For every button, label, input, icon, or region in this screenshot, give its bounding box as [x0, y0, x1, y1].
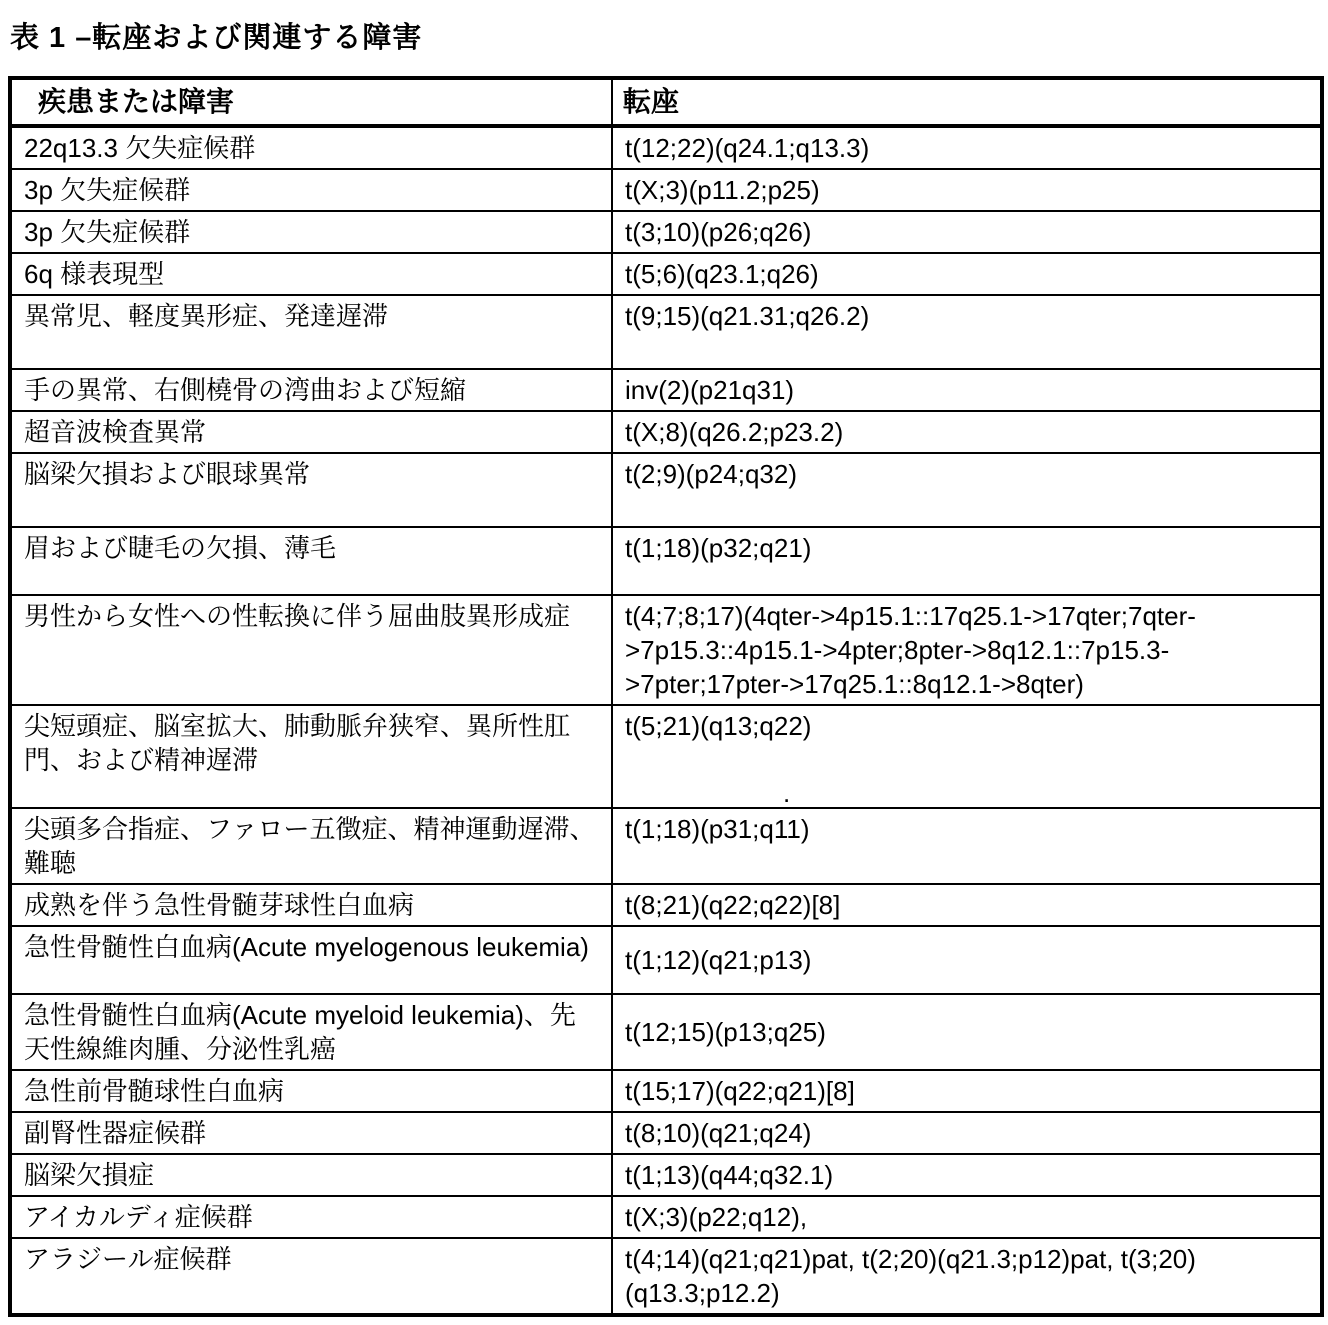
translocation-text: t(X;3)(p11.2;p25) [625, 175, 820, 205]
disease-cell: 超音波検査異常 [10, 411, 612, 453]
translocation-cell: t(4;7;8;17)(4qter->4p15.1::17q25.1->17qt… [612, 595, 1322, 705]
translocation-cell: t(8;10)(q21;q24) [612, 1112, 1322, 1154]
disease-cell: 3p 欠失症候群 [10, 169, 612, 211]
table-row: 6q 様表現型t(5;6)(q23.1;q26) [10, 253, 1322, 295]
translocation-table: 疾患または障害 転座 22q13.3 欠失症候群t(12;22)(q24.1;q… [8, 76, 1324, 1317]
table-row: 超音波検査異常t(X;8)(q26.2;p23.2) [10, 411, 1322, 453]
table-row: 3p 欠失症候群t(X;3)(p11.2;p25) [10, 169, 1322, 211]
translocation-cell: t(12;22)(q24.1;q13.3) [612, 126, 1322, 169]
disease-cell: 脳梁欠損および眼球異常 [10, 453, 612, 527]
translocation-text: t(1;18)(p32;q21) [625, 533, 811, 563]
table-title: 表 1 –転座および関連する障害 [10, 15, 1322, 56]
translocation-cell: t(5;21)(q13;q22). [612, 705, 1322, 808]
disease-cell: 副腎性器症候群 [10, 1112, 612, 1154]
disease-cell: 手の異常、右側橈骨の湾曲および短縮 [10, 369, 612, 411]
table-row: 脳梁欠損症t(1;13)(q44;q32.1) [10, 1154, 1322, 1196]
table-row: 急性骨髄性白血病(Acute myeloid leukemia)、先天性線維肉腫… [10, 994, 1322, 1070]
translocation-text: t(1;12)(q21;p13) [625, 945, 811, 975]
disease-cell: 異常児、軽度異形症、発達遅滞 [10, 295, 612, 369]
translocation-cell: t(5;6)(q23.1;q26) [612, 253, 1322, 295]
translocation-cell: t(X;8)(q26.2;p23.2) [612, 411, 1322, 453]
column-header-translocation: 転座 [612, 78, 1322, 126]
translocation-cell: t(15;17)(q22;q21)[8] [612, 1070, 1322, 1112]
translocation-cell: t(X;3)(p22;q12), [612, 1196, 1322, 1238]
translocation-text: t(1;13)(q44;q32.1) [625, 1160, 833, 1190]
column-header-disease: 疾患または障害 [10, 78, 612, 126]
table-row: 尖頭多合指症、ファロー五徴症、精神運動遅滞、難聴t(1;18)(p31;q11) [10, 808, 1322, 884]
disease-cell: アラジール症候群 [10, 1238, 612, 1315]
translocation-cell: t(1;18)(p32;q21) [612, 527, 1322, 595]
translocation-text: t(2;9)(p24;q32) [625, 459, 797, 489]
translocation-text: t(12;15)(p13;q25) [625, 1017, 826, 1047]
disease-cell: 急性骨髄性白血病(Acute myeloid leukemia)、先天性線維肉腫… [10, 994, 612, 1070]
table-body: 22q13.3 欠失症候群t(12;22)(q24.1;q13.3)3p 欠失症… [10, 126, 1322, 1315]
table-row: アラジール症候群t(4;14)(q21;q21)pat, t(2;20)(q21… [10, 1238, 1322, 1315]
translocation-cell: inv(2)(p21q31) [612, 369, 1322, 411]
translocation-text: t(8;10)(q21;q24) [625, 1118, 811, 1148]
translocation-text: t(4;7;8;17)(4qter->4p15.1::17q25.1->17qt… [625, 601, 1196, 699]
translocation-text: t(15;17)(q22;q21)[8] [625, 1076, 855, 1106]
translocation-text: t(3;10)(p26;q26) [625, 217, 811, 247]
disease-cell: 6q 様表現型 [10, 253, 612, 295]
translocation-text: t(5;6)(q23.1;q26) [625, 259, 819, 289]
translocation-text: t(X;3)(p22;q12), [625, 1202, 807, 1232]
disease-cell: 急性前骨髄球性白血病 [10, 1070, 612, 1112]
translocation-cell: t(X;3)(p11.2;p25) [612, 169, 1322, 211]
stray-dot-mark: . [783, 780, 790, 806]
disease-cell: アイカルディ症候群 [10, 1196, 612, 1238]
disease-cell: 男性から女性への性転換に伴う屈曲肢異形成症 [10, 595, 612, 705]
table-row: 急性骨髄性白血病(Acute myelogenous leukemia)t(1;… [10, 926, 1322, 994]
translocation-text: inv(2)(p21q31) [625, 375, 794, 405]
disease-cell: 3p 欠失症候群 [10, 211, 612, 253]
translocation-cell: t(9;15)(q21.31;q26.2) [612, 295, 1322, 369]
table-row: アイカルディ症候群t(X;3)(p22;q12), [10, 1196, 1322, 1238]
disease-cell: 成熟を伴う急性骨髄芽球性白血病 [10, 884, 612, 926]
disease-cell: 脳梁欠損症 [10, 1154, 612, 1196]
table-row: 副腎性器症候群t(8;10)(q21;q24) [10, 1112, 1322, 1154]
table-row: 22q13.3 欠失症候群t(12;22)(q24.1;q13.3) [10, 126, 1322, 169]
table-row: 手の異常、右側橈骨の湾曲および短縮inv(2)(p21q31) [10, 369, 1322, 411]
translocation-text: t(12;22)(q24.1;q13.3) [625, 133, 869, 163]
header-row: 疾患または障害 転座 [10, 78, 1322, 126]
translocation-text: t(5;21)(q13;q22) [625, 711, 811, 741]
translocation-cell: t(4;14)(q21;q21)pat, t(2;20)(q21.3;p12)p… [612, 1238, 1322, 1315]
document-page: 表 1 –転座および関連する障害 疾患または障害 転座 22q13.3 欠失症候… [0, 15, 1328, 1317]
translocation-text: t(9;15)(q21.31;q26.2) [625, 301, 869, 331]
table-row: 男性から女性への性転換に伴う屈曲肢異形成症t(4;7;8;17)(4qter->… [10, 595, 1322, 705]
translocation-cell: t(12;15)(p13;q25) [612, 994, 1322, 1070]
translocation-cell: t(1;13)(q44;q32.1) [612, 1154, 1322, 1196]
translocation-cell: t(8;21)(q22;q22)[8] [612, 884, 1322, 926]
translocation-text: t(1;18)(p31;q11) [625, 814, 810, 844]
translocation-cell: t(3;10)(p26;q26) [612, 211, 1322, 253]
table-row: 急性前骨髄球性白血病t(15;17)(q22;q21)[8] [10, 1070, 1322, 1112]
disease-cell: 尖頭多合指症、ファロー五徴症、精神運動遅滞、難聴 [10, 808, 612, 884]
table-row: 3p 欠失症候群t(3;10)(p26;q26) [10, 211, 1322, 253]
disease-cell: 尖短頭症、脳室拡大、肺動脈弁狭窄、異所性肛門、および精神遅滞 [10, 705, 612, 808]
table-row: 脳梁欠損および眼球異常t(2;9)(p24;q32) [10, 453, 1322, 527]
translocation-cell: t(1;18)(p31;q11) [612, 808, 1322, 884]
translocation-cell: t(1;12)(q21;p13) [612, 926, 1322, 994]
disease-cell: 22q13.3 欠失症候群 [10, 126, 612, 169]
table-row: 異常児、軽度異形症、発達遅滞t(9;15)(q21.31;q26.2) [10, 295, 1322, 369]
translocation-text: t(4;14)(q21;q21)pat, t(2;20)(q21.3;p12)p… [625, 1244, 1196, 1308]
table-row: 成熟を伴う急性骨髄芽球性白血病t(8;21)(q22;q22)[8] [10, 884, 1322, 926]
table-row: 尖短頭症、脳室拡大、肺動脈弁狭窄、異所性肛門、および精神遅滞t(5;21)(q1… [10, 705, 1322, 808]
translocation-text: t(8;21)(q22;q22)[8] [625, 890, 840, 920]
translocation-text: t(X;8)(q26.2;p23.2) [625, 417, 843, 447]
translocation-cell: t(2;9)(p24;q32) [612, 453, 1322, 527]
disease-cell: 急性骨髄性白血病(Acute myelogenous leukemia) [10, 926, 612, 994]
table-row: 眉および睫毛の欠損、薄毛t(1;18)(p32;q21) [10, 527, 1322, 595]
disease-cell: 眉および睫毛の欠損、薄毛 [10, 527, 612, 595]
